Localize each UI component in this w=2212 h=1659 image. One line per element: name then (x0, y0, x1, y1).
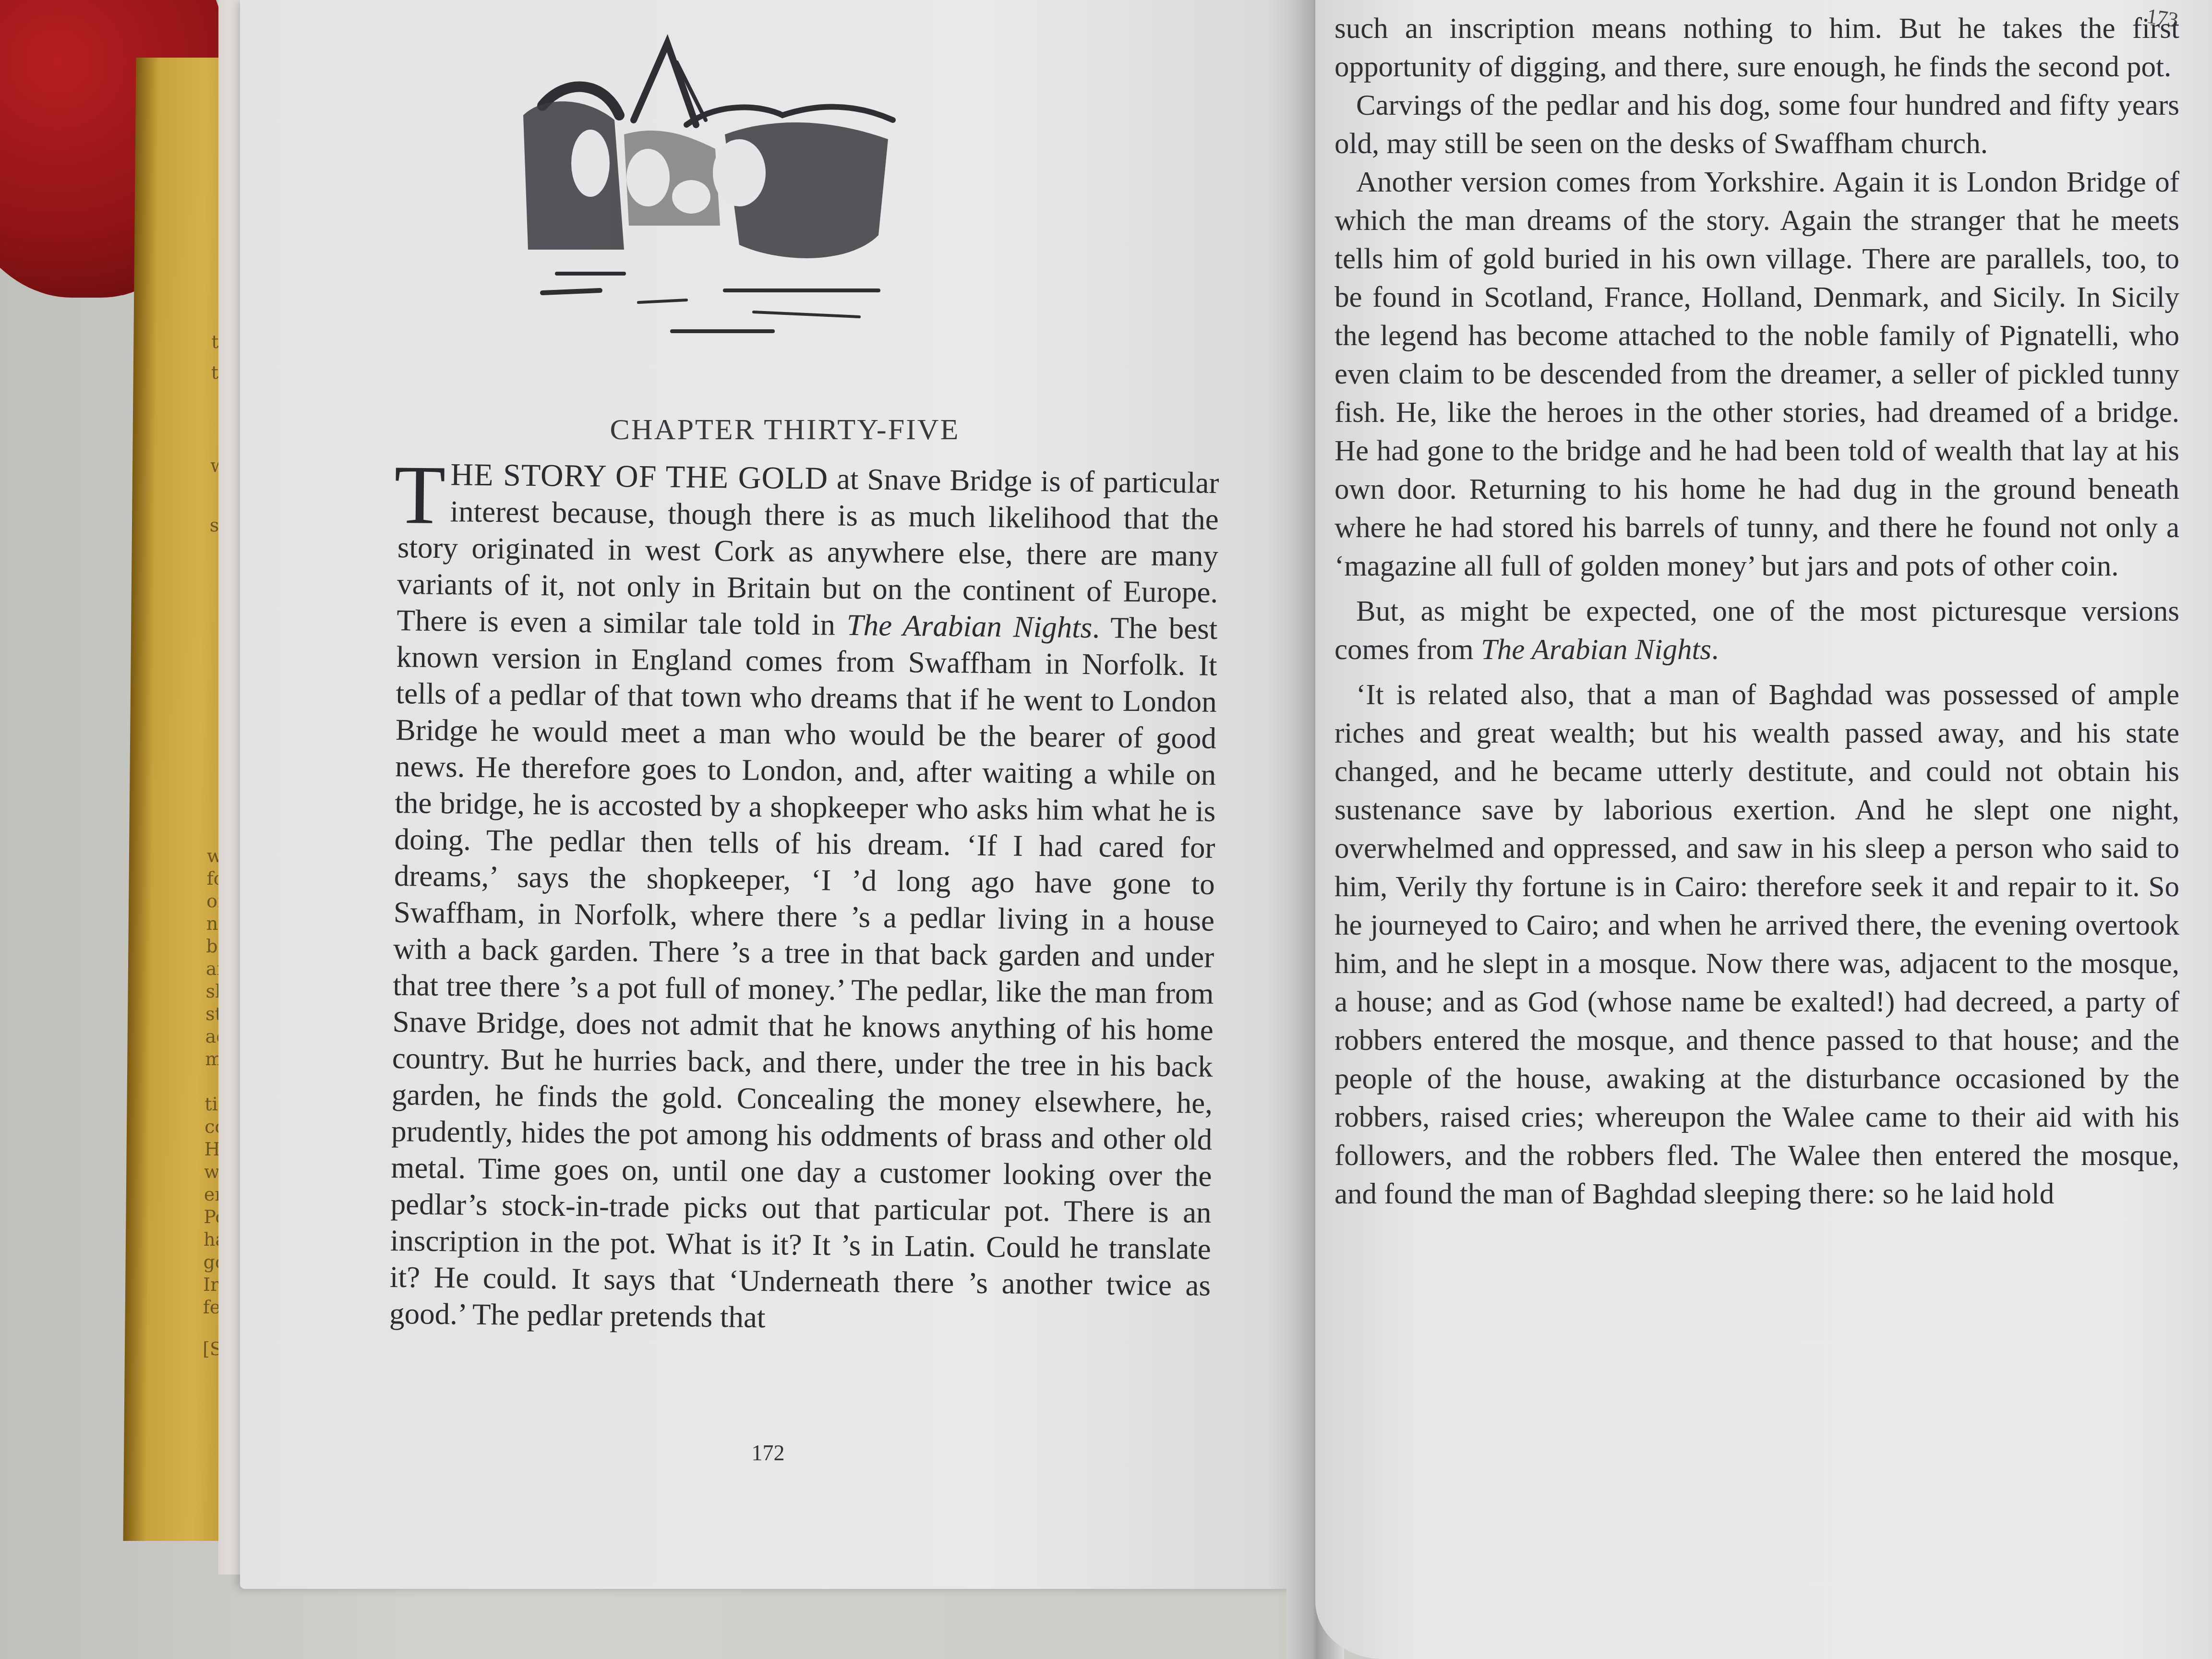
quote-paragraph: ‘It is related also, that a man of Baghd… (1334, 676, 2179, 1214)
landscape-illustration-icon (514, 24, 898, 336)
opening-paragraph: T HE STORY OF THE GOLD at Snave Bridge i… (389, 456, 1219, 1340)
italic-title: The Arabian Nights (846, 608, 1092, 644)
opening-small-caps: HE STORY OF THE GOLD (450, 457, 828, 496)
left-page: CHAPTER THIRTY-FIVE T HE STORY OF THE GO… (240, 0, 1310, 1589)
paragraph: But, as might be expected, one of the mo… (1334, 592, 2179, 669)
paragraph: Carvings of the pedlar and his dog, some… (1334, 86, 2179, 163)
right-page: 173 such an inscription means nothing to… (1315, 0, 2212, 1659)
right-page-body: such an inscription means nothing to him… (1334, 10, 2179, 1214)
paragraph: Another version comes from Yorkshire. Ag… (1334, 163, 2179, 586)
left-page-body: T HE STORY OF THE GOLD at Snave Bridge i… (389, 456, 1219, 1340)
page-number-left: 172 (240, 1440, 1296, 1466)
drop-cap: T (394, 461, 445, 529)
paragraph: such an inscription means nothing to him… (1334, 10, 2179, 86)
chapter-title: CHAPTER THIRTY-FIVE (240, 413, 1310, 447)
italic-title: The Arabian Nights (1481, 634, 1711, 666)
